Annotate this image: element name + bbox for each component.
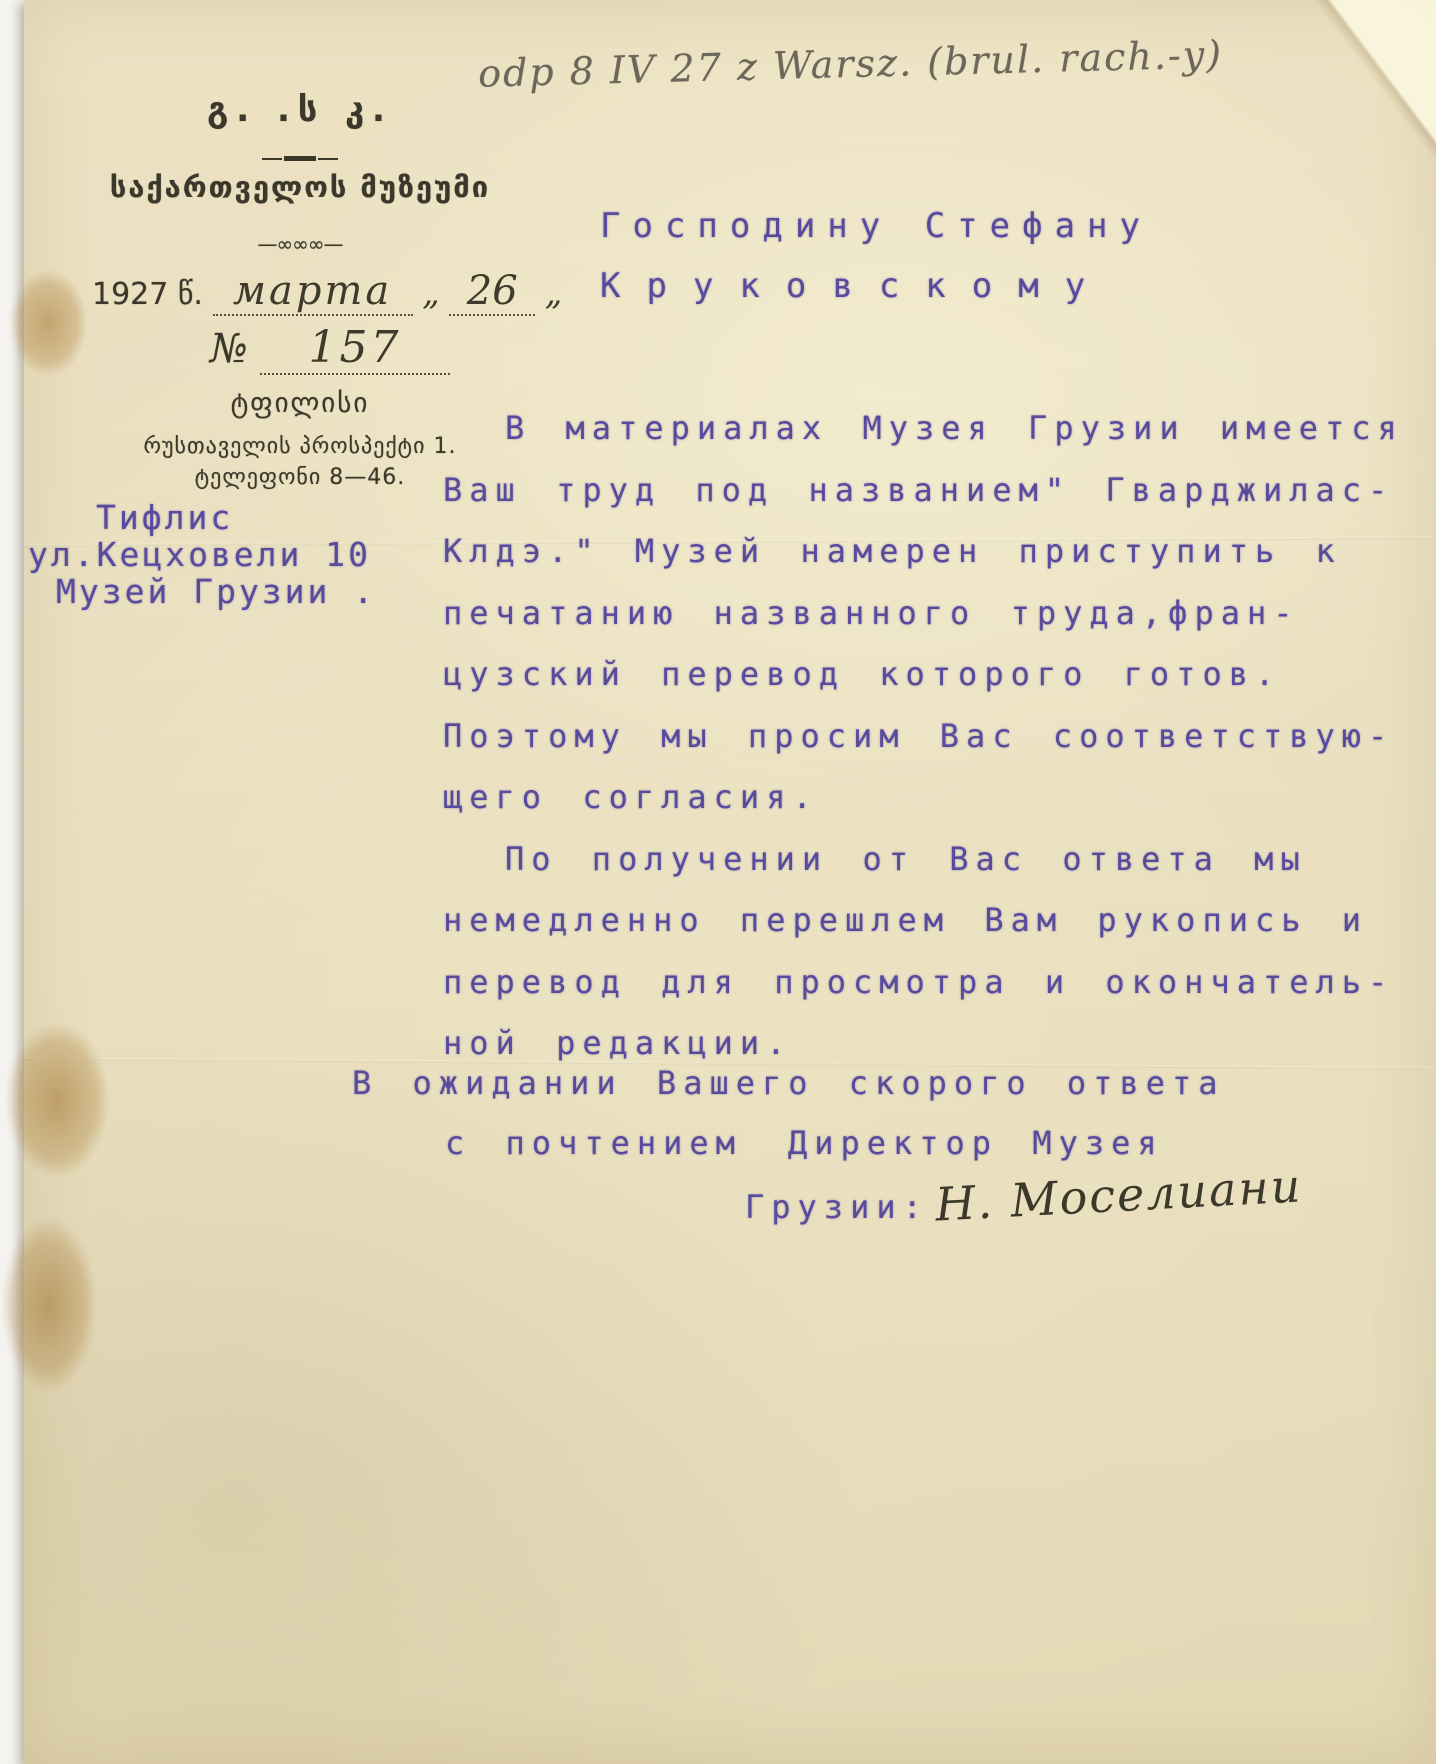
- document-number-handwritten: 157: [308, 322, 401, 373]
- close-quote: „: [545, 273, 563, 313]
- divider-rule: [262, 156, 338, 162]
- body-line: В материалах Музея Грузии имеется: [443, 398, 1436, 460]
- date-line: 1927 წ. марта „ 26 „: [92, 268, 532, 316]
- sender-institution: Музей Грузии .: [28, 573, 376, 610]
- date-month-handwritten: марта: [233, 268, 392, 314]
- signer-title-continued: Грузии:: [745, 1188, 929, 1226]
- body-line: Клдэ." Музей намерен приступить к: [443, 521, 1436, 583]
- date-year: 1927: [92, 277, 168, 312]
- letter-scan: odp 8 IV 27 z Warsz. (brul. rach.-y) გ. …: [0, 0, 1436, 1764]
- body-line: печатанию названного труда,фран-: [443, 583, 1436, 645]
- date-year-word: წ.: [178, 277, 203, 312]
- recipient-line: Господину Стефану: [600, 196, 1152, 256]
- letterhead-abbreviation: გ. .ს კ.: [80, 90, 520, 130]
- letter-body: В материалах Музея Грузии имеется Ваш тр…: [443, 398, 1436, 1075]
- date-day-handwritten: 26: [467, 268, 518, 314]
- body-line: перевод для просмотра и окончатель-: [443, 952, 1436, 1014]
- body-line: По получении от Вас ответа мы: [443, 829, 1436, 891]
- sender-address-block: Тифлис ул.Кецховели 10 Музей Грузии .: [28, 499, 376, 610]
- recipient-line: Круковскому: [600, 256, 1152, 316]
- closing-line: В ожидании Вашего скорого ответа: [352, 1064, 1225, 1102]
- recipient-block: Господину Стефану Круковскому: [600, 196, 1152, 316]
- numero-sign: №: [210, 326, 248, 372]
- body-line: немедленно перешлем Вам рукопись и: [443, 890, 1436, 952]
- body-line: щего согласия.: [443, 767, 1436, 829]
- letterhead-org-name: საქართველოს მუზეუმი: [80, 170, 520, 204]
- salutation: с почтением: [445, 1124, 742, 1162]
- signer-title: Директор Музея: [788, 1124, 1164, 1162]
- ornament-divider-icon: —∞∞∞—: [80, 232, 520, 256]
- closing-salutation-line: с почтениемДиректор Музея: [445, 1124, 1164, 1162]
- body-line: цузский перевод которого готов.: [443, 644, 1436, 706]
- body-line: Ваш труд под названием" Гварджилас-: [443, 460, 1436, 522]
- sender-street: ул.Кецховели 10: [28, 536, 376, 573]
- open-quote: „: [422, 273, 440, 313]
- document-number-line: № 157: [210, 322, 470, 375]
- sender-city: Тифлис: [28, 499, 376, 536]
- body-line: Поэтому мы просим Вас соответствую-: [443, 706, 1436, 768]
